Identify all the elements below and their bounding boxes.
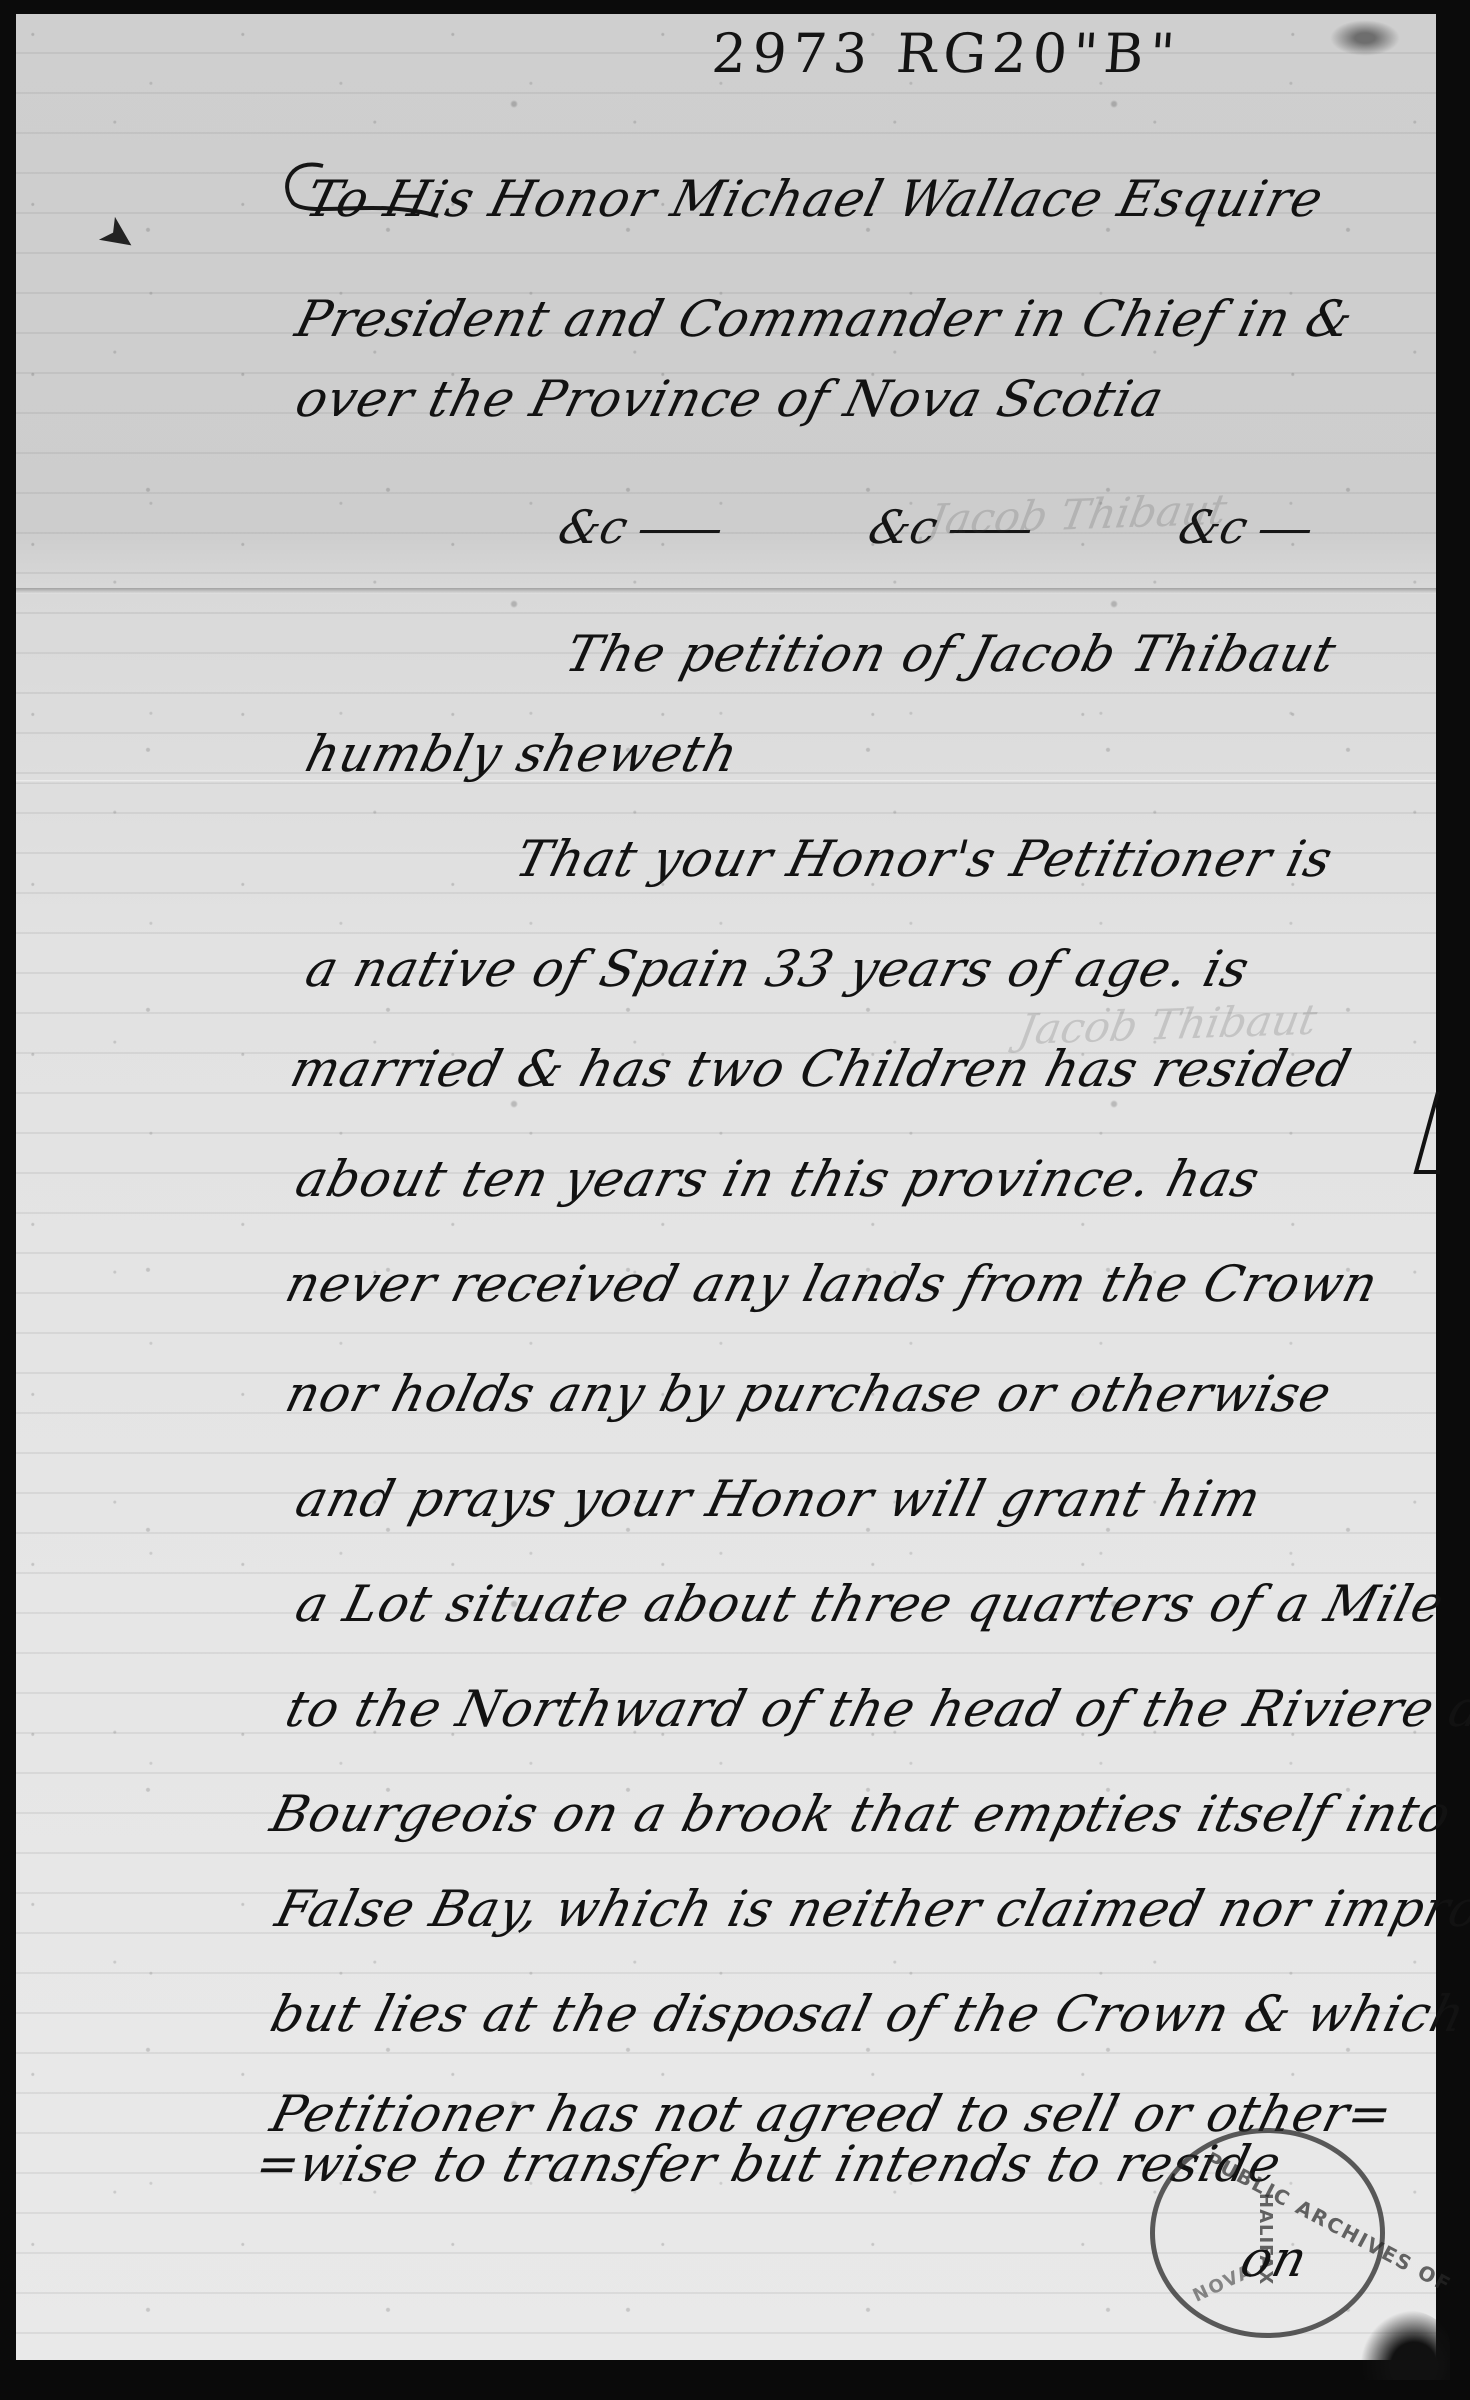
- body-line: and prays your Honor will grant him: [290, 1470, 1267, 1528]
- petition-heading-continued: humbly sheweth: [300, 725, 745, 783]
- petition-heading: The petition of Jacob Thibaut: [560, 625, 1342, 683]
- body-line: Bourgeois on a brook that empties itself…: [265, 1785, 1457, 1843]
- body-line: False Bay, which is neither claimed nor …: [270, 1880, 1470, 1938]
- archive-reference: 2973 RG20"B": [710, 22, 1183, 85]
- body-line: but lies at the disposal of the Crown & …: [265, 1985, 1470, 2043]
- ink-smudge: [1330, 20, 1400, 56]
- body-line: That your Honor's Petitioner is: [510, 830, 1339, 888]
- body-line: married & has two Children has resided: [285, 1040, 1357, 1098]
- address-line: over the Province of Nova Scotia: [290, 370, 1170, 428]
- body-line: to the Northward of the head of the Rivi…: [280, 1680, 1470, 1738]
- scan-frame-bottom: [0, 2360, 1470, 2400]
- body-line: =wise to transfer but intends to reside: [250, 2135, 1288, 2193]
- edge-tab-mark-icon: [1412, 1090, 1440, 1178]
- body-line: a Lot situate about three quarters of a …: [290, 1575, 1450, 1633]
- body-line: about ten years in this province. has: [290, 1150, 1266, 1208]
- etc-mark: &c: [553, 500, 727, 554]
- address-line: President and Commander in Chief in &: [290, 290, 1360, 348]
- body-line: nor holds any by purchase or otherwise: [280, 1365, 1338, 1423]
- etc-text: &c: [553, 500, 633, 554]
- address-line: To His Honor Michael Wallace Esquire: [300, 170, 1330, 228]
- fold-line: [16, 588, 1436, 594]
- corner-shadow: [1360, 2310, 1450, 2380]
- body-line: never received any lands from the Crown: [280, 1255, 1384, 1313]
- body-line: a native of Spain 33 years of age. is: [300, 940, 1256, 998]
